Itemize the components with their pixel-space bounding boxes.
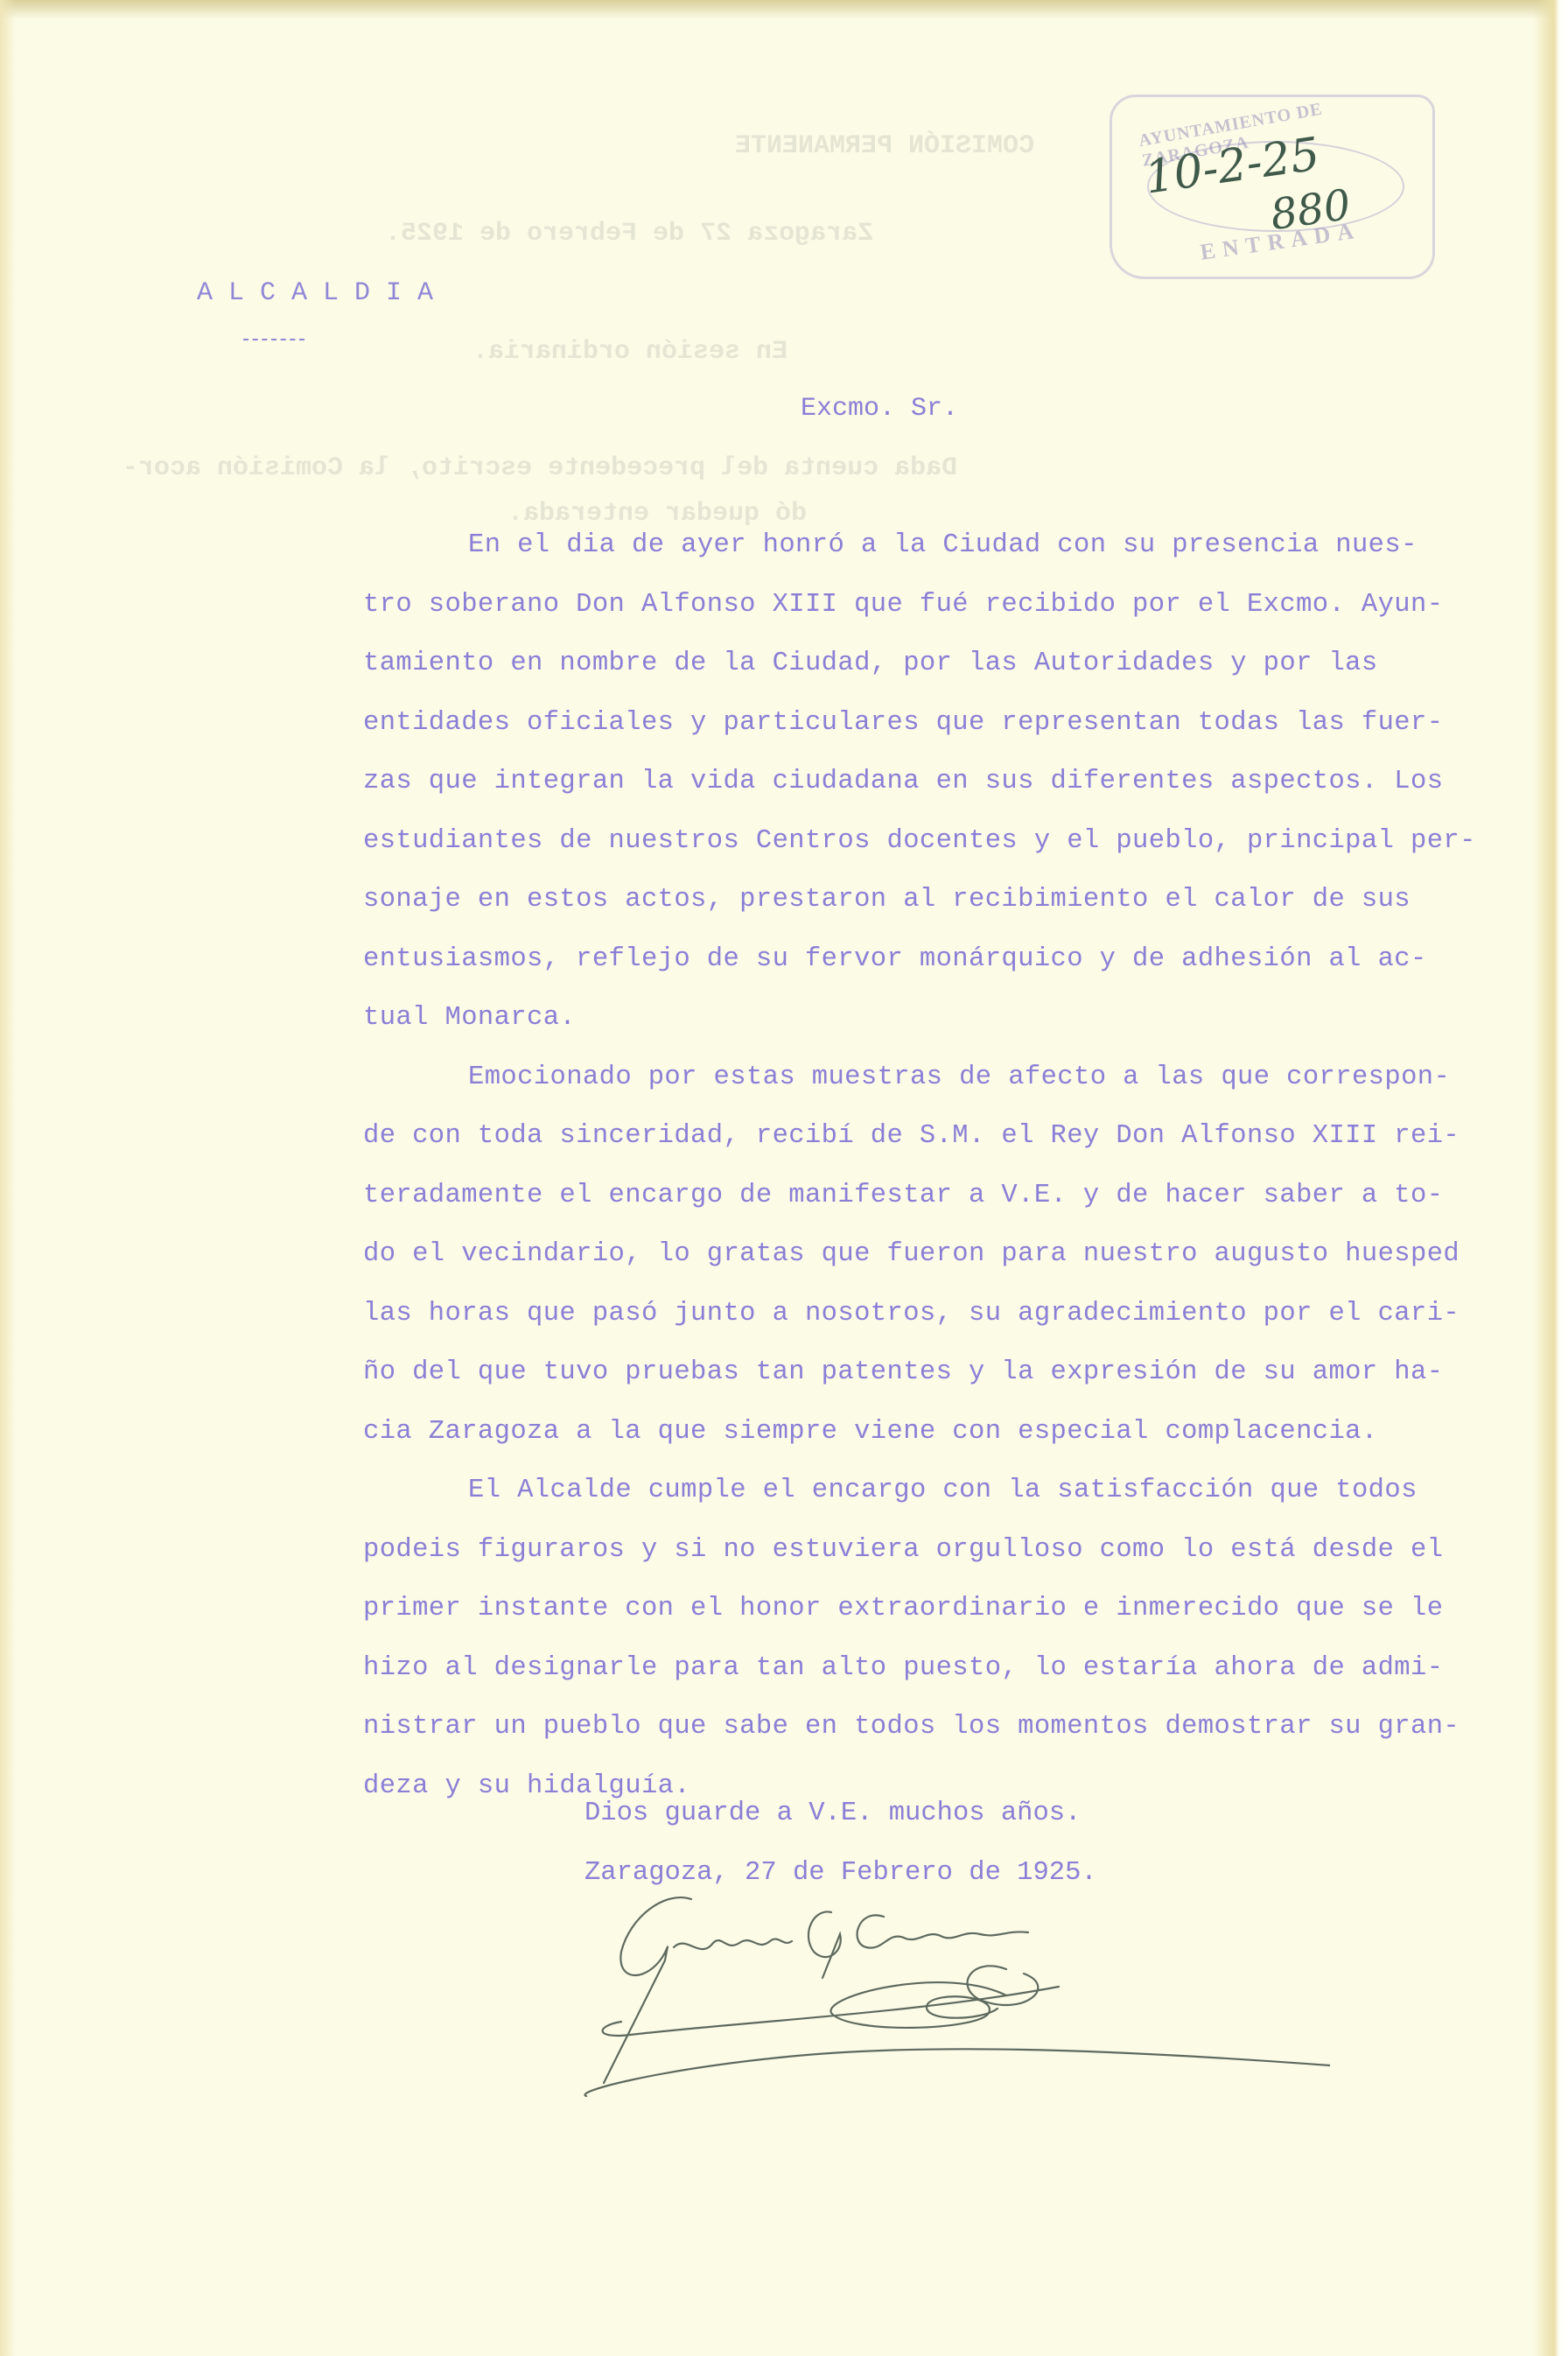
text-line: do el vecindario, lo gratas que fueron p… [363,1225,1527,1285]
signature: Gonzalo G. Salazar [569,1882,1330,2100]
paragraph-2: Emocionado por estas muestras de afecto … [363,1048,1527,1462]
letter-body: En el dia de ayer honró a la Ciudad con … [363,516,1527,1816]
paper-left-edge [0,0,16,2356]
text-line: tamiento en nombre de la Ciudad, por las… [363,635,1527,694]
bleed-through-text: COMISIÓN PERMANENTE [735,131,1034,161]
text-line: El Alcalde cumple el encargo con la sati… [363,1462,1527,1521]
text-line: entusiasmos, reflejo de su fervor monárq… [363,930,1527,990]
text-line: tro soberano Don Alfonso XIII que fué re… [363,576,1527,635]
text-line: cia Zaragoza a la que siempre viene con … [363,1403,1527,1462]
paper-right-edge [1533,0,1568,2356]
text-line: nistrar un pueblo que sabe en todos los … [363,1698,1527,1757]
text-line: zas que integran la vida ciudadana en su… [363,753,1527,812]
text-line: sonaje en estos actos, prestaron al reci… [363,871,1527,930]
text-line: podeis figuraros y si no estuviera orgul… [363,1521,1527,1581]
text-line: de con toda sinceridad, recibí de S.M. e… [363,1107,1527,1167]
text-line: ño del que tuvo pruebas tan patentes y l… [363,1343,1527,1403]
page-title: ALCALDIA [197,278,449,308]
text-line: primer instante con el honor extraordina… [363,1580,1527,1639]
text-line: tual Monarca. [363,989,1527,1048]
bleed-through-text: En sesión ordinaria. [472,337,787,367]
heading-underline [243,339,304,342]
paper-top-edge [0,0,1568,19]
bleed-through-text: Zaragoza 27 de Febrero de 1925. [385,219,873,249]
text-line: las horas que pasó junto a nosotros, su … [363,1285,1527,1344]
text-line: entidades oficiales y particulares que r… [363,694,1527,754]
bleed-through-text: Dada cuenta del precedente escrito, la C… [122,453,957,483]
paragraph-1: En el dia de ayer honró a la Ciudad con … [363,516,1527,1048]
salutation: Excmo. Sr. [801,394,958,424]
text-line: hizo al designarle para tan alto puesto,… [363,1639,1527,1699]
valediction: Dios guarde a V.E. muchos años. [584,1799,1081,1828]
text-line: teradamente el encargo de manifestar a V… [363,1167,1527,1226]
document-page: COMISIÓN PERMANENTE Zaragoza 27 de Febre… [0,0,1568,2356]
paragraph-3: El Alcalde cumple el encargo con la sati… [363,1462,1527,1816]
text-line: Emocionado por estas muestras de afecto … [363,1048,1527,1108]
text-line: estudiantes de nuestros Centros docentes… [363,812,1527,872]
text-line: En el dia de ayer honró a la Ciudad con … [363,516,1527,576]
